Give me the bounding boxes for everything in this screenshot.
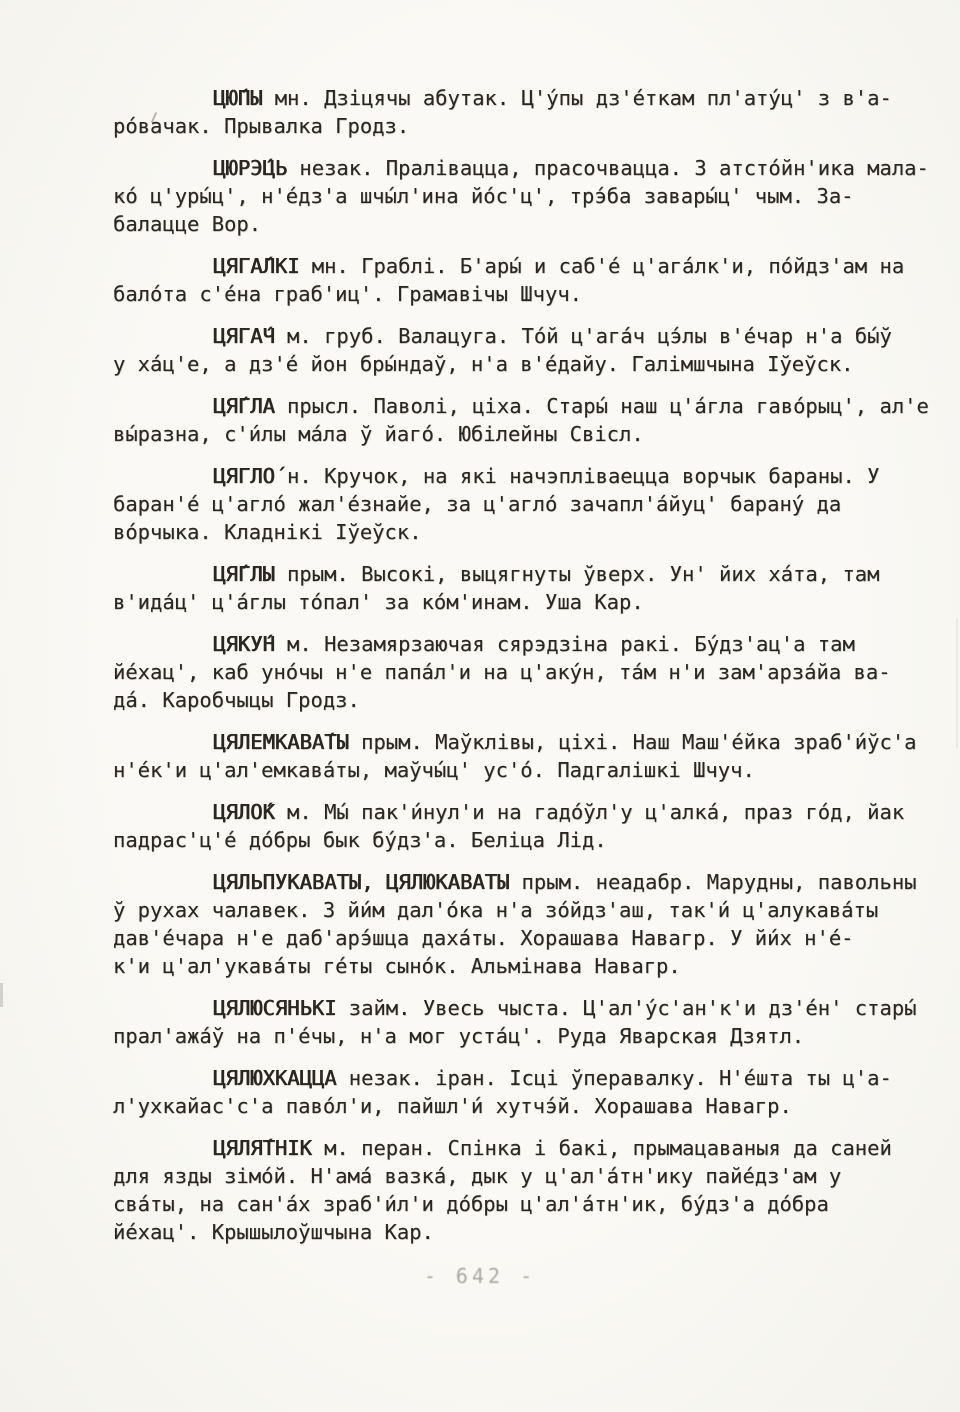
entry-headword: ЦЯЛО́К <box>213 800 275 824</box>
dictionary-entry: ЦЯЛЬПУКАВАТЫ, ЦЯЛЮКАВАТЫ прым. неадабр. … <box>113 868 952 980</box>
dictionary-entry: ЦЯ́ГЛЫ прым. Высокі, выцягнуты ўверх. Ун… <box>113 560 952 616</box>
page-number: - 642 - <box>0 1262 960 1290</box>
dictionary-entry: ЦЯЛЮСЯНЬКІ займ. Увесь чыста. Ц'ал'у́с'а… <box>113 994 952 1050</box>
dictionary-entry: ЦЯЛЕМКАВА́ТЫ прым. Маўклівы, ціхі. Наш М… <box>113 728 952 784</box>
dictionary-entry: ЦЯЛЮХКАЦЦА незак. іран. Ісці ўперавалку.… <box>113 1064 952 1120</box>
scan-edge-streak <box>0 983 3 1007</box>
entry-headword: ЦЯ́ГЛЫ <box>213 562 275 586</box>
dictionary-entry: ЦЯ́ГЛА прысл. Паволі, ціха. Стары́ наш ц… <box>113 392 952 448</box>
entry-headword: ЦЯ́ГЛА <box>213 394 275 418</box>
dictionary-entry: ЦЯЛЯ́ТНІК м. перан. Спінка і бакі, прыма… <box>113 1134 952 1246</box>
dictionary-entry: ЦЯГА́ЛКІ мн. Граблі. Б'ары́ и саб'е́ ц'а… <box>113 252 952 308</box>
dictionary-entry: ЦЮ́ПЫ мн. Дзіцячы абутак. Ц'у́пы дз'е́тк… <box>113 84 952 140</box>
entry-headword: ЦЮ́ПЫ <box>213 86 262 110</box>
dictionary-entry: ЦЯКУ́Н м. Незамярзаючая сярэдзіна ракі. … <box>113 630 952 714</box>
entry-headword: ЦЯЛЮСЯНЬКІ <box>213 996 336 1020</box>
entry-headword: ЦЯЛЯ́ТНІК <box>213 1136 312 1160</box>
dictionary-entry: ЦЯЛО́К м. Мы́ пак'и́нул'и на гадо́ўл'у ц… <box>113 798 952 854</box>
dictionary-entry: ЦЯГА́Ч м. груб. Валацуга. То́й ц'ага́ч ц… <box>113 322 952 378</box>
entry-headword: ЦЯГА́ЛКІ <box>213 254 299 278</box>
entry-headword: ЦЯЛЮХКАЦЦА <box>213 1066 336 1090</box>
entry-headword: ЦЯЛЬПУКАВАТЫ, ЦЯЛЮКАВАТЫ <box>213 870 509 894</box>
entry-headword: ЦЯКУ́Н <box>213 632 275 656</box>
entry-headword: ЦЯЛЕМКАВА́ТЫ <box>213 730 349 754</box>
entry-headword: ЦЮРЭ́ЦЬ <box>213 156 287 180</box>
entry-headword: ЦЯГА́Ч <box>213 324 275 348</box>
dictionary-entry: ЦЯГЛО́ н. Кручок, на які начэпліваецца в… <box>113 462 952 546</box>
scan-edge-streak <box>956 618 958 748</box>
entries-container: ЦЮ́ПЫ мн. Дзіцячы абутак. Ц'у́пы дз'е́тк… <box>113 84 952 1246</box>
entry-headword: ЦЯГЛО́ <box>213 464 275 488</box>
scanned-dictionary-page: ЦЮ́ПЫ мн. Дзіцячы абутак. Ц'у́пы дз'е́тк… <box>0 0 960 1246</box>
dictionary-entry: ЦЮРЭ́ЦЬ незак. Пралівацца, прасочвацца. … <box>113 154 952 238</box>
